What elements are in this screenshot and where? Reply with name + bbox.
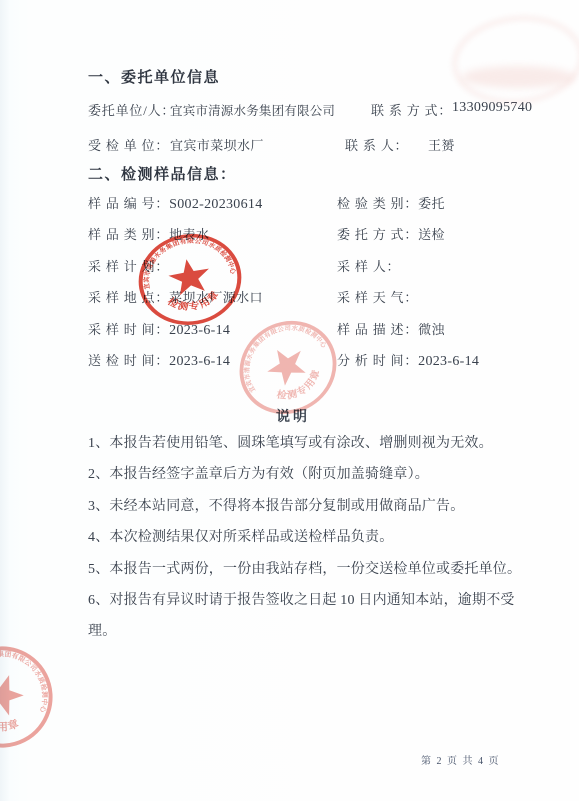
sampler-row: 采 样 人： <box>337 256 400 276</box>
client-value: 宜宾市清源水务集团有限公司 <box>170 101 335 119</box>
test-category-row: 检 验 类 别：委托 <box>337 193 445 213</box>
svg-text:宜宾市清源水务集团有限公司水质检测中心: 宜宾市清源水务集团有限公司水质检测中心 <box>0 637 62 714</box>
commission-mode-row: 委 托 方 式：送检 <box>337 224 445 244</box>
inspected-unit-value: 宜宾市菜坝水厂 <box>170 135 264 154</box>
sampling-plan-row: 采 样 计 划： <box>88 256 169 276</box>
field-value: 委托 <box>418 196 445 211</box>
svg-text:宜宾市清源水务集团有限公司水质检测中心: 宜宾市清源水务集团有限公司水质检测中心 <box>226 307 328 394</box>
field-value: 地表水 <box>169 227 209 242</box>
red-seal-stamp-edge: 宜宾市清源水务集团有限公司水质检测中心 检测专用章 <box>0 630 69 764</box>
section2-title: 二、检测样品信息： <box>88 163 237 184</box>
field-label: 分 析 时 间： <box>337 353 418 368</box>
report-page: 一、委托单位信息 委托单位/人： 宜宾市清源水务集团有限公司 联 系 方 式： … <box>0 0 579 801</box>
field-label: 样 品 编 号： <box>88 196 169 211</box>
stamp-ring <box>0 636 63 758</box>
section1-title: 一、委托单位信息 <box>88 66 220 87</box>
notes-list: 1、本报告若使用铅笔、圆珠笔填写或有涂改、增删则视为无效。 2、本报告经签字盖章… <box>88 428 526 648</box>
stamp-bottom-text: 检测专用章 <box>271 363 330 411</box>
sampling-weather-row: 采 样 天 气： <box>337 287 418 307</box>
svg-text:检测专用章: 检测专用章 <box>0 701 25 740</box>
field-label: 采 样 地 点： <box>88 290 169 305</box>
note-item-3: 3、未经本站同意，不得将本报告部分复制或用做商品广告。 <box>88 491 526 522</box>
field-label: 采 样 天 气： <box>337 290 418 305</box>
inspected-unit-label: 受 检 单 位： <box>88 135 169 154</box>
field-label: 检 验 类 别： <box>337 196 418 211</box>
contact-method-label: 联 系 方 式： <box>371 100 452 119</box>
note-item-5: 5、本报告一式两份，一份由我站存档，一份交送检单位或委托单位。 <box>88 554 526 585</box>
star-icon <box>0 669 28 718</box>
field-value: 菜坝水厂源水口 <box>169 290 263 305</box>
stamp-arc-text: 宜宾市清源水务集团有限公司水质检测中心 <box>0 637 62 714</box>
svg-text:检测专用章: 检测专用章 <box>271 363 330 411</box>
stamp-arc-text: 宜宾市清源水务集团有限公司水质检测中心 <box>226 307 328 394</box>
contact-person-label: 联 系 人： <box>345 135 408 154</box>
submission-time-row: 送 检 时 间：2023-6-14 <box>88 350 230 370</box>
field-label: 样 品 类 别： <box>88 227 169 242</box>
notes-title: 说明 <box>276 406 310 426</box>
sample-description-row: 样 品 描 述：微浊 <box>337 319 445 339</box>
note-item-4: 4、本次检测结果仅对所采样品或送检样品负责。 <box>88 522 526 553</box>
sampling-location-row: 采 样 地 点：菜坝水厂源水口 <box>88 287 263 307</box>
sample-number-row: 样 品 编 号：S002-20230614 <box>88 193 263 213</box>
field-label: 采 样 计 划： <box>88 259 169 274</box>
field-label: 样 品 描 述： <box>337 322 418 337</box>
stamp-bottom-text: 检测专用章 <box>0 701 25 740</box>
field-value: 2023-6-14 <box>169 354 230 369</box>
field-value: 送检 <box>418 227 445 242</box>
contact-person-value: 王赟 <box>428 135 455 154</box>
sample-type-row: 样 品 类 别：地表水 <box>88 224 209 244</box>
client-label: 委托单位/人： <box>88 100 175 119</box>
field-value: 2023-6-14 <box>418 354 479 369</box>
footer-page-number: 第 2 页 共 4 页 <box>421 752 500 767</box>
note-item-1: 1、本报告若使用铅笔、圆珠笔填写或有涂改、增删则视为无效。 <box>88 428 526 459</box>
field-label: 采 样 人： <box>337 259 400 274</box>
sampling-time-row: 采 样 时 间：2023-6-14 <box>88 319 230 339</box>
faint-stamp-smudge-band <box>462 66 574 88</box>
field-value: 2023-6-14 <box>169 323 230 338</box>
contact-method-value: 13309095740 <box>452 100 532 116</box>
faint-stamp-smudge <box>448 9 579 110</box>
field-label: 委 托 方 式： <box>337 227 418 242</box>
field-label: 送 检 时 间： <box>88 353 169 368</box>
field-value: S002-20230614 <box>169 197 262 212</box>
field-value: 微浊 <box>418 322 445 337</box>
field-label: 采 样 时 间： <box>88 322 169 337</box>
note-item-6: 6、对报告有异议时请于报告签收之日起 10 日内通知本站，逾期不受理。 <box>88 585 526 648</box>
note-item-2: 2、本报告经签字盖章后方为有效（附页加盖骑缝章）。 <box>88 459 526 490</box>
analysis-time-row: 分 析 时 间：2023-6-14 <box>337 350 479 370</box>
star-icon <box>260 340 312 390</box>
